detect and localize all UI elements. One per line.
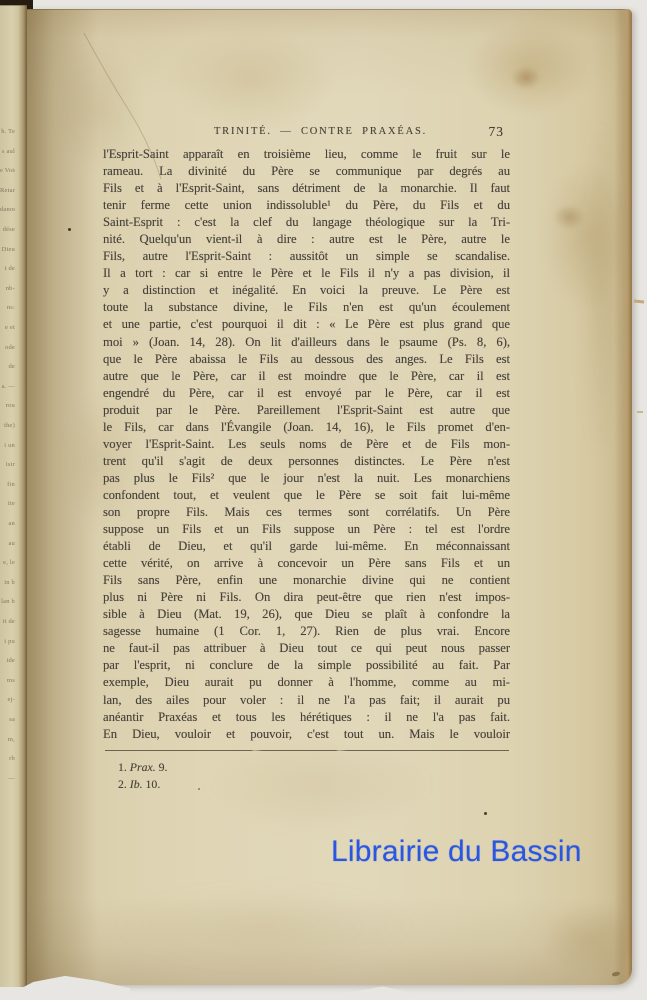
- footnote-locus: 9.: [159, 760, 168, 774]
- footnote-separator: [105, 750, 509, 751]
- text-line: par l'esprit, ni conclure de la simple p…: [103, 657, 510, 674]
- footnote-marker: 2.: [118, 777, 130, 791]
- edge-text-fragment: dése: [0, 226, 15, 233]
- text-line: tenir ferme cette union indissoluble¹ du…: [103, 197, 510, 214]
- edge-text-fragment: in b: [0, 579, 15, 586]
- text-line: exemple, Dieu aurait pu donner à l'homme…: [103, 674, 510, 691]
- edge-text-fragment: ite: [0, 500, 15, 507]
- text-line: voyer l'Esprit-Saint. Les seuls noms de …: [103, 436, 510, 453]
- text-line: Fils et à l'Esprit-Saint, sans détriment…: [103, 180, 510, 197]
- page-right-edge: [614, 9, 632, 985]
- text-line: ne faut-il pas attribuer à Dieu tout ce …: [103, 640, 510, 657]
- footnote-source: Ib.: [130, 777, 146, 791]
- edge-text-fragment: i un: [0, 442, 15, 449]
- edge-text-fragment: fin: [0, 481, 15, 488]
- page-header: TRINITÉ. — CONTRE PRAXÉAS. 73: [103, 126, 510, 144]
- edge-text-fragment: rb: [0, 755, 15, 762]
- edge-text-fragment: —: [0, 775, 15, 782]
- text-line: En Dieu, vouloir et pouvoir, c'est tout …: [103, 726, 510, 743]
- edge-text-fragment: ej-: [0, 696, 15, 703]
- text-line: pas plus le Fils² que le jour n'est la n…: [103, 470, 510, 487]
- text-line: trent qu'il s'agit de deux personnes dis…: [103, 453, 510, 470]
- footnotes: 1. Prax. 9.2. Ib. 10.: [118, 759, 168, 793]
- ink-speck: [484, 812, 487, 815]
- edge-text-fragment: rou: [0, 402, 15, 409]
- text-line: moi » (Joan. 14, 28). On lit d'ailleurs …: [103, 334, 510, 351]
- text-line: rameau. La divinité du Père se communiqu…: [103, 163, 510, 180]
- text-line: Fils, autre l'Esprit-Saint : aussitôt un…: [103, 248, 510, 265]
- page-number-label: 73: [489, 124, 505, 140]
- edge-text-fragment: sa: [0, 716, 15, 723]
- text-line: sagesse humaine (1 Cor. 1, 27). Rien de …: [103, 623, 510, 640]
- text-line: lan, des ailes pour voler : il ne l'a pa…: [103, 692, 510, 709]
- text-line: sible à Dieu (Mat. 19, 26), que Dieu se …: [103, 606, 510, 623]
- paper-fiber: [637, 411, 643, 413]
- edge-text-fragment: s aul: [0, 148, 15, 155]
- text-line: toute la substance divine, le Fils n'en …: [103, 299, 510, 316]
- text-line: produit par le Père. Pareillement l'Espr…: [103, 402, 510, 419]
- text-line: établi de Dieu, et qu'il garde lui-même.…: [103, 538, 510, 555]
- book-photo: h. Tes aule VoieRetanodanos.déseDieut de…: [0, 0, 647, 1000]
- paper-stain: [512, 67, 540, 89]
- footnote-source: Prax.: [130, 760, 159, 774]
- body-text: l'Esprit-Saint apparaît en troisième lie…: [103, 146, 510, 743]
- edge-text-fragment: Dieu: [0, 246, 15, 253]
- text-line: Saint-Esprit : c'est la clef du langage …: [103, 214, 510, 231]
- text-line: cette vérité, on arrive à concevoir un P…: [103, 555, 510, 572]
- text-line: que le Père abaissa le Fils au dessous d…: [103, 351, 510, 368]
- footnote-locus: 10.: [146, 777, 161, 791]
- footnote: 2. Ib. 10.: [118, 776, 168, 793]
- text-line: son propre Fils. Mais ces termes sont co…: [103, 504, 510, 521]
- edge-text-fragment: ode: [0, 344, 15, 351]
- paper-fiber: [634, 299, 644, 303]
- bookseller-watermark: Librairie du Bassin: [331, 835, 582, 869]
- edge-text-fragment: au: [0, 540, 15, 547]
- edge-text-fragment: a. —: [0, 383, 15, 390]
- text-line: y a distinction et inégalité. En voici l…: [103, 282, 510, 299]
- paper-stain: [554, 205, 584, 229]
- footnote-marker: 1.: [118, 760, 130, 774]
- edge-text-fragment: lan b: [0, 598, 15, 605]
- edge-text-fragment: ms: [0, 677, 15, 684]
- footnote: 1. Prax. 9.: [118, 759, 168, 776]
- ink-speck: [198, 788, 200, 790]
- edge-text-fragment: ide: [0, 657, 15, 664]
- text-line: anéantir Praxéas et tous les hérétiques …: [103, 709, 510, 726]
- text-line: Il a tort : car si entre le Père et le F…: [103, 265, 510, 282]
- text-line: plus ni Père ni Fils. On dira peut-être …: [103, 589, 510, 606]
- text-line: engendré du Père, car il est envoyé par …: [103, 385, 510, 402]
- running-title: TRINITÉ. — CONTRE PRAXÉAS.: [214, 126, 427, 137]
- text-line: Fils sans Père, enfin une monarchie divi…: [103, 572, 510, 589]
- edge-text-fragment: h. Te: [0, 128, 15, 135]
- edge-text-fragment: Retano: [0, 187, 15, 194]
- paper-stain: [206, 737, 431, 832]
- text-line: et une partie, c'est pourquoi il dit : «…: [103, 316, 510, 333]
- edge-text-fragment: danos.: [0, 206, 15, 213]
- edge-text-fragment: ns:: [0, 304, 15, 311]
- paper-stain: [114, 884, 414, 969]
- edge-text-fragment: it de: [0, 618, 15, 625]
- text-line: confondent tout, et veulent que le Père …: [103, 487, 510, 504]
- edge-text-fragment: i pu: [0, 638, 15, 645]
- paper-stain: [466, 21, 591, 116]
- text-line: suppose un Fils et un Fils suppose un Pè…: [103, 521, 510, 538]
- edge-text-fragment: de: [0, 363, 15, 370]
- text-line: le Fils, car dans l'Évangile (Joan. 14, …: [103, 419, 510, 436]
- edge-text-fragment: isir: [0, 461, 15, 468]
- edge-text-fragment: e et: [0, 324, 15, 331]
- text-line: autre que le Père, car il est moindre qu…: [103, 368, 510, 385]
- edge-text-fragment: m,: [0, 736, 15, 743]
- edge-text-fragment: t de: [0, 265, 15, 272]
- text-line: l'Esprit-Saint apparaît en troisième lie…: [103, 146, 510, 163]
- text-line: nité. Quelqu'un vient-il à dire : autre …: [103, 231, 510, 248]
- facing-page-edge: h. Tes aule VoieRetanodanos.déseDieut de…: [0, 5, 27, 987]
- edge-text-fragment: nb-: [0, 285, 15, 292]
- edge-text-fragment: e Voie: [0, 167, 15, 174]
- edge-text-fragment: an: [0, 520, 15, 527]
- ink-speck: [68, 228, 71, 231]
- edge-text-fragment: e, le: [0, 559, 15, 566]
- edge-text-fragment: the): [0, 422, 15, 429]
